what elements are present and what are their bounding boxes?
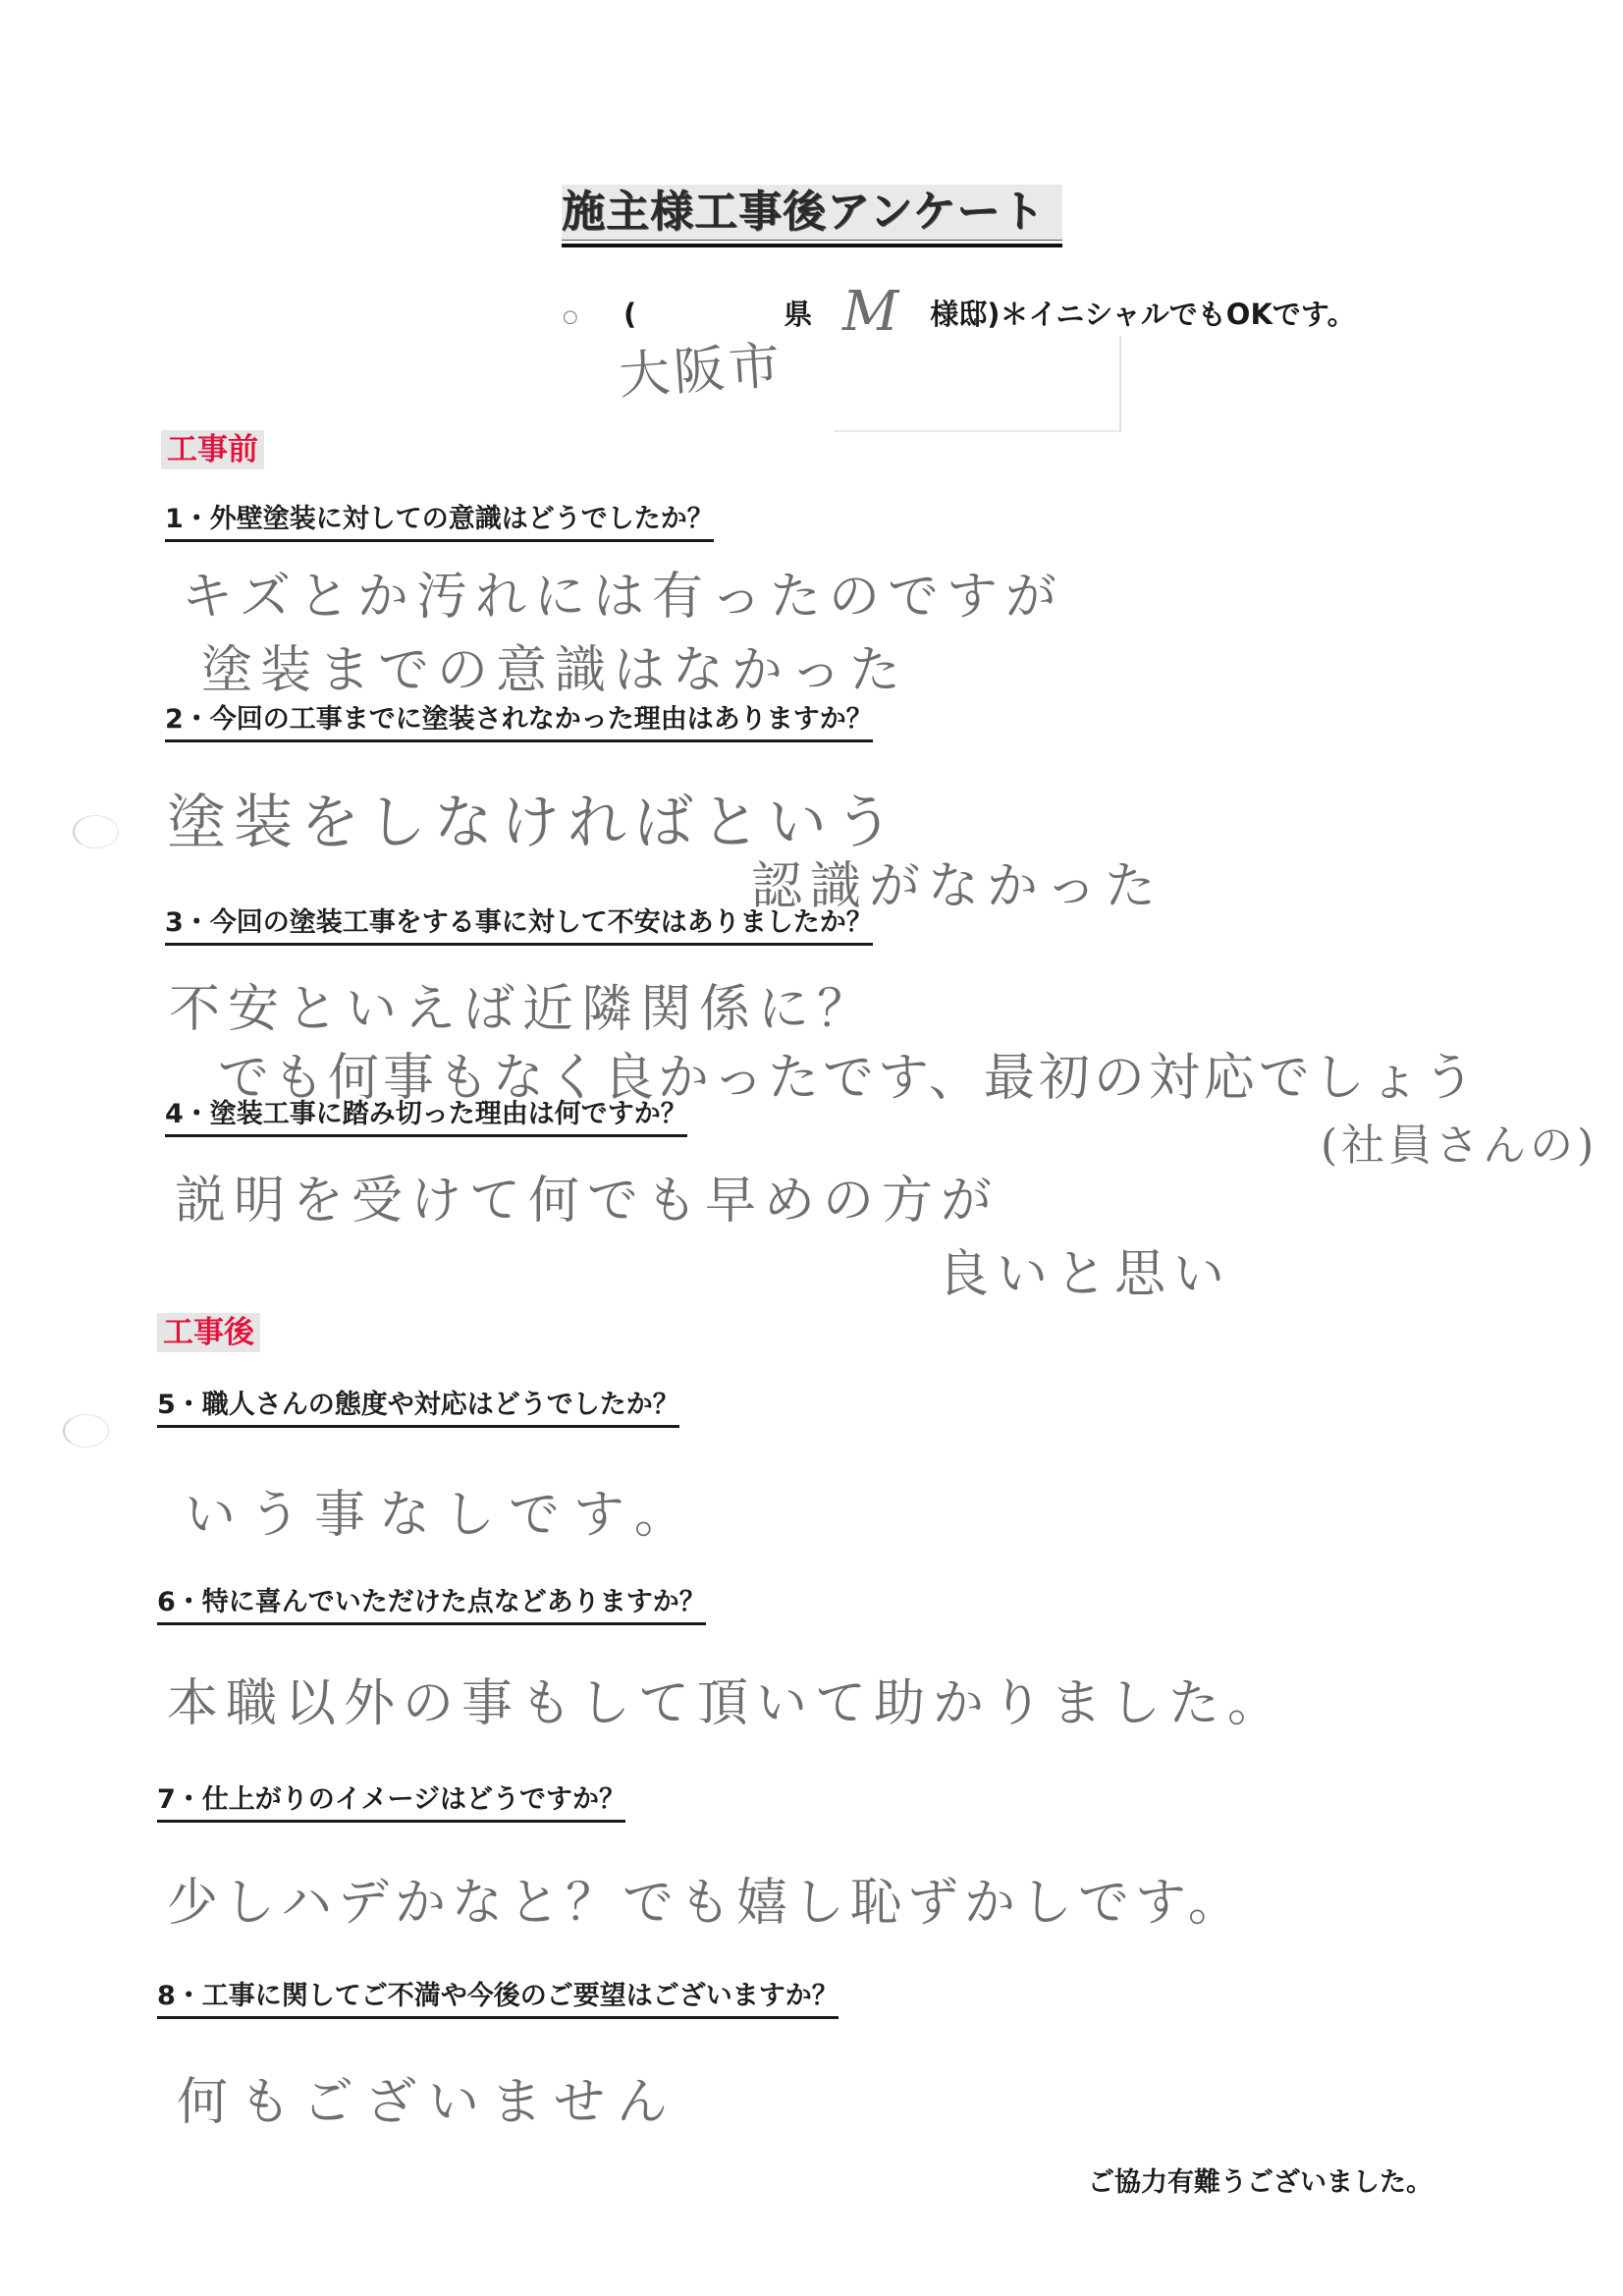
page-title: 施主様工事後アンケート — [562, 185, 1062, 240]
question-3: 3・今回の塗装工事をする事に対して不安はありましたか？ — [165, 906, 873, 946]
title-underline-thin — [562, 240, 1062, 241]
question-1: 1・外壁塗装に対しての意識はどうでしたか？ — [165, 503, 714, 542]
punch-hole-top — [73, 815, 119, 848]
residence-label: 様邸 — [930, 298, 987, 331]
answer-7: 少しハデかなと？でも嬉し恥ずかしです。 — [167, 1861, 1245, 1935]
question-6: 6・特に喜んでいただけた点などありますか？ — [157, 1586, 706, 1625]
question-4: 4・塗装工事に踏み切った理由は何ですか？ — [165, 1098, 687, 1137]
answer-3-line-1: 不安といえば近隣関係に？ — [169, 967, 876, 1041]
punch-hole-bottom — [63, 1414, 109, 1448]
answer-4-line-2: 良いと思い — [938, 1232, 1232, 1306]
answer-5: いう事なしです。 — [185, 1473, 699, 1547]
question-5: 5・職人さんの態度や対応はどうでしたか？ — [157, 1389, 679, 1428]
answer-8: 何もございません — [177, 2060, 679, 2134]
answer-1-line-2: 塗装までの意識はなかった — [201, 629, 908, 702]
title-underline — [562, 244, 1062, 247]
answer-6: 本職以外の事もして頂いて助かりました。 — [167, 1662, 1286, 1735]
question-2: 2・今回の工事までに塗装されなかった理由はありますか？ — [165, 703, 873, 742]
handwritten-initial: M — [842, 280, 898, 344]
stray-mark: ○ — [563, 306, 578, 327]
initial-note: )＊イニシャルでもOKです。 — [987, 298, 1355, 331]
question-8: 8・工事に関してご不満や今後のご要望はございますか？ — [157, 1980, 839, 2019]
redacted-area — [835, 336, 1121, 432]
section-label-before: 工事前 — [161, 430, 264, 469]
section-label-after: 工事後 — [157, 1313, 260, 1352]
prefecture-label: 県 — [784, 298, 812, 331]
answer-4-line-1: 説明を受けて何でも早めの方が — [175, 1159, 1000, 1232]
open-paren: ( — [623, 298, 636, 331]
question-7: 7・仕上がりのイメージはどうですか？ — [157, 1783, 625, 1823]
handwritten-city: 大阪市 — [617, 323, 786, 409]
answer-3-line-3: (社員さんの) — [1321, 1110, 1597, 1173]
closing-thanks: ご協力有難うございました。 — [1088, 2160, 1433, 2199]
answer-1-line-1: キズとか汚れには有ったのですが — [182, 555, 1064, 629]
